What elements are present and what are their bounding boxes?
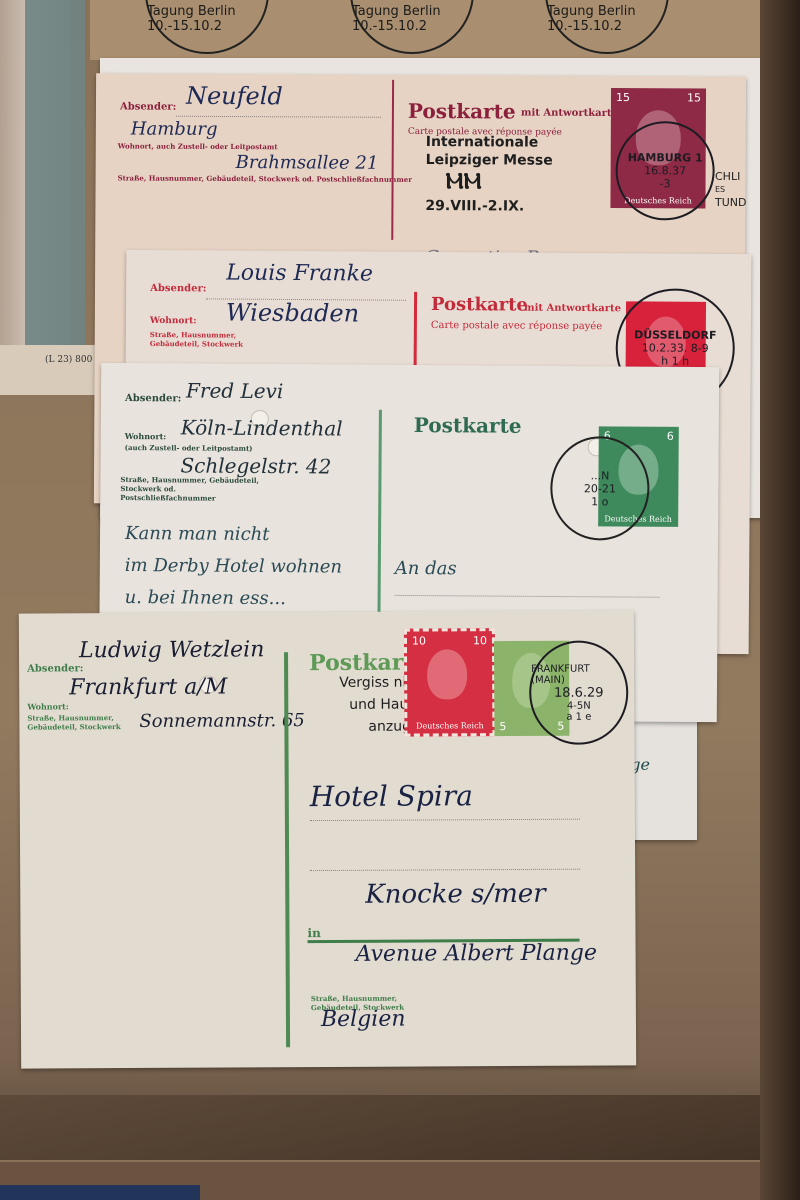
postcard-subtitle: mit Antwortkarte [521,108,618,120]
stamp-value: 15 [616,91,630,104]
sender-street: Brahmsallee 21 [236,152,379,174]
postcard-title: Postkarte [408,99,516,124]
leipzig-mm-logo: ⲘⲘ [446,173,553,192]
machine-slogan: Internationale Leipziger Messe ⲘⲘ 29.VII… [425,133,553,216]
message-line: im Derby Hotel wohnen [125,550,342,584]
stamp-value: 10 [412,634,426,647]
cancel-mark: Tagung Berlin 10.-15.10.2 [545,0,669,54]
postmark-place: ...N [591,469,610,482]
slogan-line: Leipziger Messe [426,151,553,170]
dotted-line [395,595,660,598]
postmark: HAMBURG 1 16.8.37 -3 [615,121,715,221]
box-wall-shadow [760,0,800,1200]
postmark-date: 16.8.37 [644,164,686,177]
street-label: Straße, Hausnummer, Gebäudeteil, Stockwe… [27,713,137,732]
background-envelope: Tagung Berlin 10.-15.10.2 Tagung Berlin … [90,0,770,60]
residence-label: Wohnort: [150,316,197,326]
street-label: Straße, Hausnummer, Gebäudeteil, Stockwe… [118,173,412,184]
postcard-subtitle-fr: Carte postale avec réponse payée [431,320,602,332]
slogan-line: Internationale [426,133,553,152]
right-fragment: CHLI ES TUND [715,170,746,209]
fragment-line: CHLI [715,170,746,183]
label-strip: (L 23) 800 [0,345,100,395]
postmark: ...N 20-21 1 o [550,436,650,541]
sender-label: Absender: [120,101,176,112]
postmark-time: 4-5N [567,700,591,711]
recipient-street: Avenue Albert Plange [356,941,598,967]
recipient-country: Belgien [321,1007,406,1032]
portrait-icon [427,649,467,699]
postmark-date: 18.6.29 [554,685,604,700]
dotted-line [310,819,580,821]
cancel-text: Tagung Berlin 10.-15.10.2 [547,4,667,34]
blue-surface [0,1185,200,1200]
postcard-subtitle: mit Antwortkarte [524,303,621,315]
street-label: Straße, Hausnummer, Gebäudeteil, Stockwe… [150,330,260,349]
sender-city: Hamburg [131,118,218,139]
message-text: Kann man nicht im Derby Hotel wohnen u. … [124,518,342,616]
in-label: in [307,926,320,940]
cancel-mark: Tagung Berlin 10.-15.10.2 [145,0,269,54]
recipient-city: Knocke s/mer [365,879,546,910]
stamp-value: 15 [687,91,701,104]
dotted-line [310,869,580,871]
sender-label: Absender: [125,393,181,404]
label-code: (L 23) 800 [45,355,92,365]
postmark-code: h 1 h [661,355,689,368]
residence-label: Wohnort, auch Zustell- oder Leitpostamt [118,141,278,151]
cancel-text: Tagung Berlin 10.-15.10.2 [352,4,472,34]
sender-street: Sonnemannstr. 65 [139,710,305,732]
sender-name: Louis Franke [226,261,373,287]
postcard-frankfurt: Absender: Ludwig Wetzlein Frankfurt a/M … [19,610,636,1068]
sender-city: Wiesbaden [226,299,359,328]
cancel-mark: Tagung Berlin 10.-15.10.2 [350,0,474,54]
postcard-title: Postkarte [431,294,528,316]
stamp-value: 10 [473,634,487,647]
postmark-code: 1 o [591,495,608,508]
postcard-title: Postkarte [414,413,522,438]
fragment-line: TUND [715,196,746,209]
postmark-date: 10.2.33. 8-9 [642,341,709,354]
postmark-date: 20-21 [584,482,616,495]
residence-label: Wohnort: [27,701,69,711]
sender-name: Neufeld [186,82,283,111]
sender-city: Köln-Lindenthal [181,415,343,440]
recipient-start: An das [395,558,457,579]
cancel-text: Tagung Berlin 10.-15.10.2 [147,4,267,34]
stamp-country: Deutsches Reich [407,721,492,733]
dotted-line [176,116,381,118]
tape-strip [25,0,85,355]
postmark-place: FRANKFURT (MAIN) [531,663,626,685]
message-line: Kann man nicht [125,518,342,552]
message-line: u. bei Ihnen ess... [124,582,341,616]
stamp-value: 6 [667,430,674,443]
divider-line [391,80,394,240]
sender-city: Frankfurt a/M [69,675,227,701]
fragment-line: ES [715,183,746,196]
sender-label: Absender: [27,663,83,674]
residence-label: Wohnort: [125,431,167,441]
slogan-line: 29.VIII.-2.IX. [425,197,552,216]
postmark-code: -3 [660,177,671,190]
stamp-value: 5 [499,720,506,733]
postmark: FRANKFURT (MAIN) 18.6.29 4-5N a 1 e [529,640,629,745]
street-label: Straße, Hausnummer, Gebäudeteil, Stockwe… [120,475,270,503]
postmark-place: HAMBURG 1 [628,151,703,164]
residence-note: (auch Zustell- oder Leitpostamt) [125,443,253,453]
sender-label: Absender: [150,283,206,294]
recipient-name: Hotel Spira [310,779,473,813]
sender-name: Ludwig Wetzlein [79,637,264,663]
stamp-10-red: 1010 Deutsches Reich [404,628,496,736]
postmark-place: DÜSSELDORF [634,328,716,342]
postmark-code: a 1 e [566,711,591,722]
sender-name: Fred Levi [186,378,283,403]
